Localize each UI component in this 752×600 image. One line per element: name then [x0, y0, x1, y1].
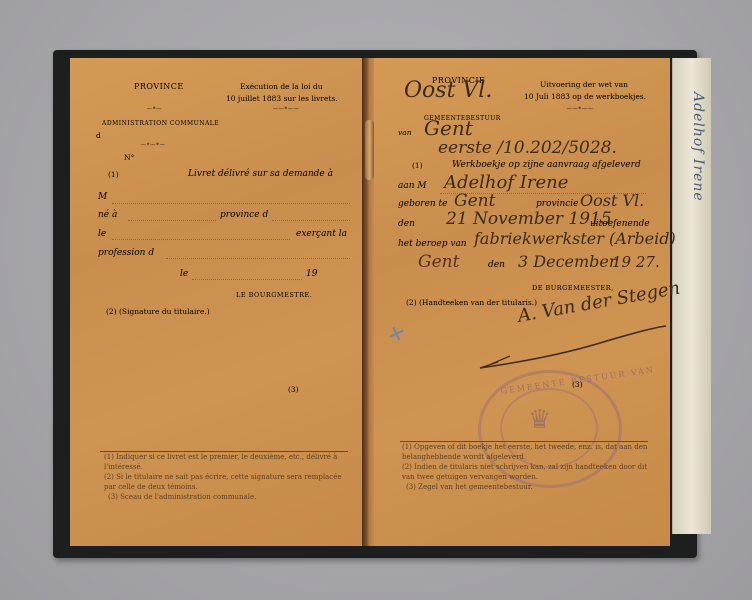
handwritten-booklet-number: eerste /10.202/5028. — [438, 138, 617, 158]
handwritten-name: Adelhof Irene — [444, 172, 568, 193]
left-exercising-label: exerçant la — [296, 229, 347, 239]
right-footnote-1: (1) Opgeven of dit boekje het eerste, he… — [402, 443, 650, 462]
handwritten-birthplace: Gent — [454, 191, 495, 211]
left-issue-date-line — [192, 279, 302, 280]
left-born-line — [128, 220, 216, 221]
left-footnote-1: (1) Indiquer si ce livret est le premier… — [104, 453, 352, 472]
right-footnote-3: (3) Zegel van het gemeentebestuur. — [406, 483, 654, 493]
handwritten-issue-date: 3 December — [518, 252, 617, 271]
ornament-icon: ~~•~~ — [566, 104, 593, 113]
ornament-icon: ~•~ — [146, 104, 161, 113]
ornament-icon: ~•~•~ — [140, 140, 165, 149]
handwritten-city: Gent — [418, 252, 459, 272]
handwritten-birth-province: Oost Vl. — [580, 191, 644, 210]
left-admin-d: d — [96, 131, 101, 140]
right-profession-label: het beroep van — [398, 239, 467, 249]
left-signature-label: (2) (Signature du titulaire.) — [106, 307, 210, 316]
left-issued-text: Livret délivré sur sa demande à — [188, 169, 333, 179]
right-exercising-label: uitoefenende — [590, 219, 650, 229]
left-m-label: M — [98, 192, 107, 202]
right-header-law-line1: Uitvoering der wet van — [540, 80, 628, 89]
right-den-label: den — [398, 219, 415, 229]
right-born-label: geboren te — [398, 199, 448, 209]
left-header-law-line1: Exécution de la loi du — [240, 82, 323, 91]
left-name-line — [112, 203, 350, 204]
left-footnote-2: (2) Si le titulaire ne sait pas écrire, … — [104, 473, 352, 492]
right-aan-label: aan M — [398, 181, 427, 191]
left-profession-line — [166, 258, 350, 259]
right-footnote-2: (2) Indien de titularis niet schrijven k… — [402, 463, 650, 482]
side-tab-handwritten-label: Adelhof Irene — [676, 92, 706, 252]
crest-icon: ♛ — [528, 405, 551, 435]
ornament-icon: ~~•~~ — [272, 104, 299, 113]
handwritten-year: 19 27. — [612, 253, 660, 271]
right-note1-marker: (1) — [412, 161, 423, 170]
left-province-label: province d — [220, 210, 268, 220]
left-note1-marker: (1) — [108, 170, 119, 179]
left-admin-label: ADMINISTRATION COMMUNALE — [102, 120, 219, 127]
left-year-prefix: 19 — [306, 269, 317, 279]
left-mayor-label: LE BOURGMESTRE. — [236, 291, 312, 299]
right-van-label: van — [398, 128, 412, 137]
left-header-province: PROVINCE — [134, 82, 184, 91]
handwritten-birthdate: 21 November 1915 — [446, 209, 612, 229]
left-number-label: N° — [124, 153, 134, 162]
left-date-line — [112, 239, 290, 240]
right-header-law-line2: 10 Juli 1883 op de werkboekjes. — [524, 92, 646, 101]
handwritten-municipality: Gent — [424, 116, 473, 140]
left-le-label: le — [98, 229, 106, 239]
right-seal-marker: (3) — [572, 380, 583, 389]
left-date-le: le — [180, 269, 188, 279]
left-header-law-line2: 10 juillet 1883 sur les livrets. — [226, 94, 338, 103]
right-province-label: provincie — [536, 199, 579, 209]
handwritten-profession: fabriekwerkster (Arbeid) — [474, 229, 676, 248]
binding-staple — [365, 120, 374, 180]
left-province-line — [272, 220, 350, 221]
right-issued-text: Werkboekje op zijne aanvraag afgeleverd — [452, 160, 641, 170]
left-born-label: né à — [98, 210, 117, 220]
left-footnote-3: (3) Sceau de l'administration communale. — [108, 493, 356, 503]
handwritten-province: Oost Vl. — [404, 78, 492, 103]
left-seal-marker: (3) — [288, 385, 299, 394]
left-profession-label: profession d — [98, 248, 154, 258]
left-footnote-rule — [100, 451, 348, 452]
right-footnote-rule — [400, 441, 648, 442]
right-date-den: den — [488, 260, 505, 270]
